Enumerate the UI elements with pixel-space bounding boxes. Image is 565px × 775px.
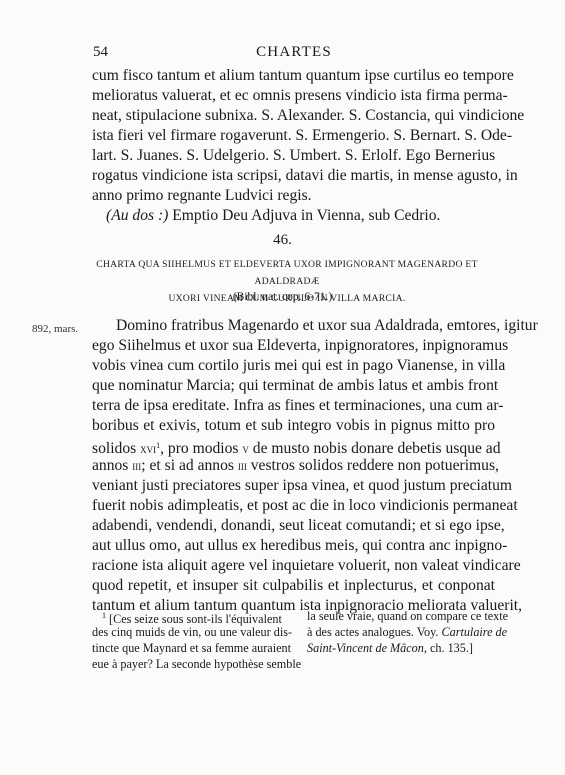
roman-numeral: iii — [238, 458, 247, 473]
text-span: ; et si ad annos — [141, 457, 238, 474]
footnote-column-left: 1 [Ces seize sous sont-ils l'équivalent … — [92, 608, 280, 672]
dorse-note: (Au dos :) Emptio Deu Adjuva in Vienna, … — [92, 206, 495, 226]
text-line: veniant justi preciatores super ipsa vin… — [92, 476, 495, 496]
dorse-label: (Au dos :) — [106, 207, 168, 224]
text-line: solidos xvi1, pro modios v de musto nobi… — [92, 436, 495, 456]
dorse-text: Emptio Deu Adjuva in Vienna, sub Cedrio. — [168, 207, 440, 224]
text-span: solidos — [92, 440, 140, 457]
charter-number: 46. — [0, 232, 565, 249]
text-line: Domino fratribus Magenardo et uxor sua A… — [92, 316, 495, 336]
text-line: neat, stipulacione subnixa. S. Alexander… — [92, 106, 495, 126]
continuation-text: cum fisco tantum et alium tantum quantum… — [92, 66, 495, 226]
text-line: aut ullus omo, aut ullus ex heredibus me… — [92, 536, 495, 556]
charter-source: (Bibl. nat. cop. 6-71.) — [0, 291, 565, 303]
text-span: , ch. 135.] — [424, 641, 473, 655]
text-line: vobis vinea cum cortilo juris mei qui es… — [92, 356, 495, 376]
text-span: à des actes analogues. Voy. — [307, 625, 441, 639]
text-line: boribus et exivis, totum et sub integro … — [92, 416, 495, 436]
text-line: que nominatur Marcia; qui terminat de am… — [92, 376, 495, 396]
page-header: 54 CHARTES — [93, 44, 495, 64]
cited-work: Saint-Vincent de Mâcon — [307, 641, 424, 655]
text-line: terra de ipsa ereditate. Infra as fines … — [92, 396, 495, 416]
running-title: CHARTES — [93, 44, 495, 61]
text-line: lart. S. Juanes. S. Udelgerio. S. Umbert… — [92, 146, 495, 166]
text-line: melioratus valuerat, et ec omnis presens… — [92, 86, 495, 106]
text-line: racione ista aliquit agere vel inquietar… — [92, 556, 495, 576]
footnote-column-right: la seule vraie, quand on compare ce text… — [307, 608, 495, 656]
text-line: ista fieri vel firmare rogaverunt. S. Er… — [92, 126, 495, 146]
text-line: cum fisco tantum et alium tantum quantum… — [92, 66, 495, 86]
cited-work: Cartulaire de — [441, 625, 507, 639]
footnote-line: à des actes analogues. Voy. Cartulaire d… — [307, 624, 495, 640]
document-page: 54 CHARTES cum fisco tantum et alium tan… — [0, 0, 565, 775]
footnote-line: 1 [Ces seize sous sont-ils l'équivalent — [92, 608, 280, 624]
text-line: ego Siihelmus et uxor sua Eldeverta, inp… — [92, 336, 495, 356]
margin-date: 892, mars. — [32, 323, 78, 335]
text-line: anno primo regnante Ludvici regis. — [92, 186, 495, 206]
text-line: rogatus vindicione ista scripsi, datavi … — [92, 166, 495, 186]
charter-title-line: CHARTA QUA SIIHELMUS ET ELDEVERTA UXOR I… — [80, 256, 494, 290]
text-line: fuerit nobis adimpleatis, et post ac die… — [92, 496, 495, 516]
roman-numeral: iii — [132, 458, 141, 473]
text-span: vestros solidos reddere non potuerimus, — [247, 457, 499, 474]
text-line: adabendi, vendendi, donandi, seut liceat… — [92, 516, 495, 536]
text-line: annos iii; et si ad annos iii vestros so… — [92, 456, 495, 476]
roman-numeral: xvi — [140, 441, 156, 456]
text-span: , pro modios — [160, 440, 242, 457]
footnote-line: Saint-Vincent de Mâcon, ch. 135.] — [307, 640, 495, 656]
charter-text: Domino fratribus Magenardo et uxor sua A… — [92, 316, 495, 616]
text-line: quod repetit, et insuper sit culpabilis … — [92, 576, 495, 596]
text-span: annos — [92, 457, 132, 474]
footnote-line: la seule vraie, quand on compare ce text… — [307, 608, 495, 624]
footnote-line: tincte que Maynard et sa femme auraient — [92, 640, 280, 656]
text-span: de musto nobis donare debetis usque ad — [249, 440, 501, 457]
footnote-line: des cinq muids de vin, ou une valeur dis… — [92, 624, 280, 640]
footnote-line: eue à payer? La seconde hypothèse semble — [92, 656, 280, 672]
